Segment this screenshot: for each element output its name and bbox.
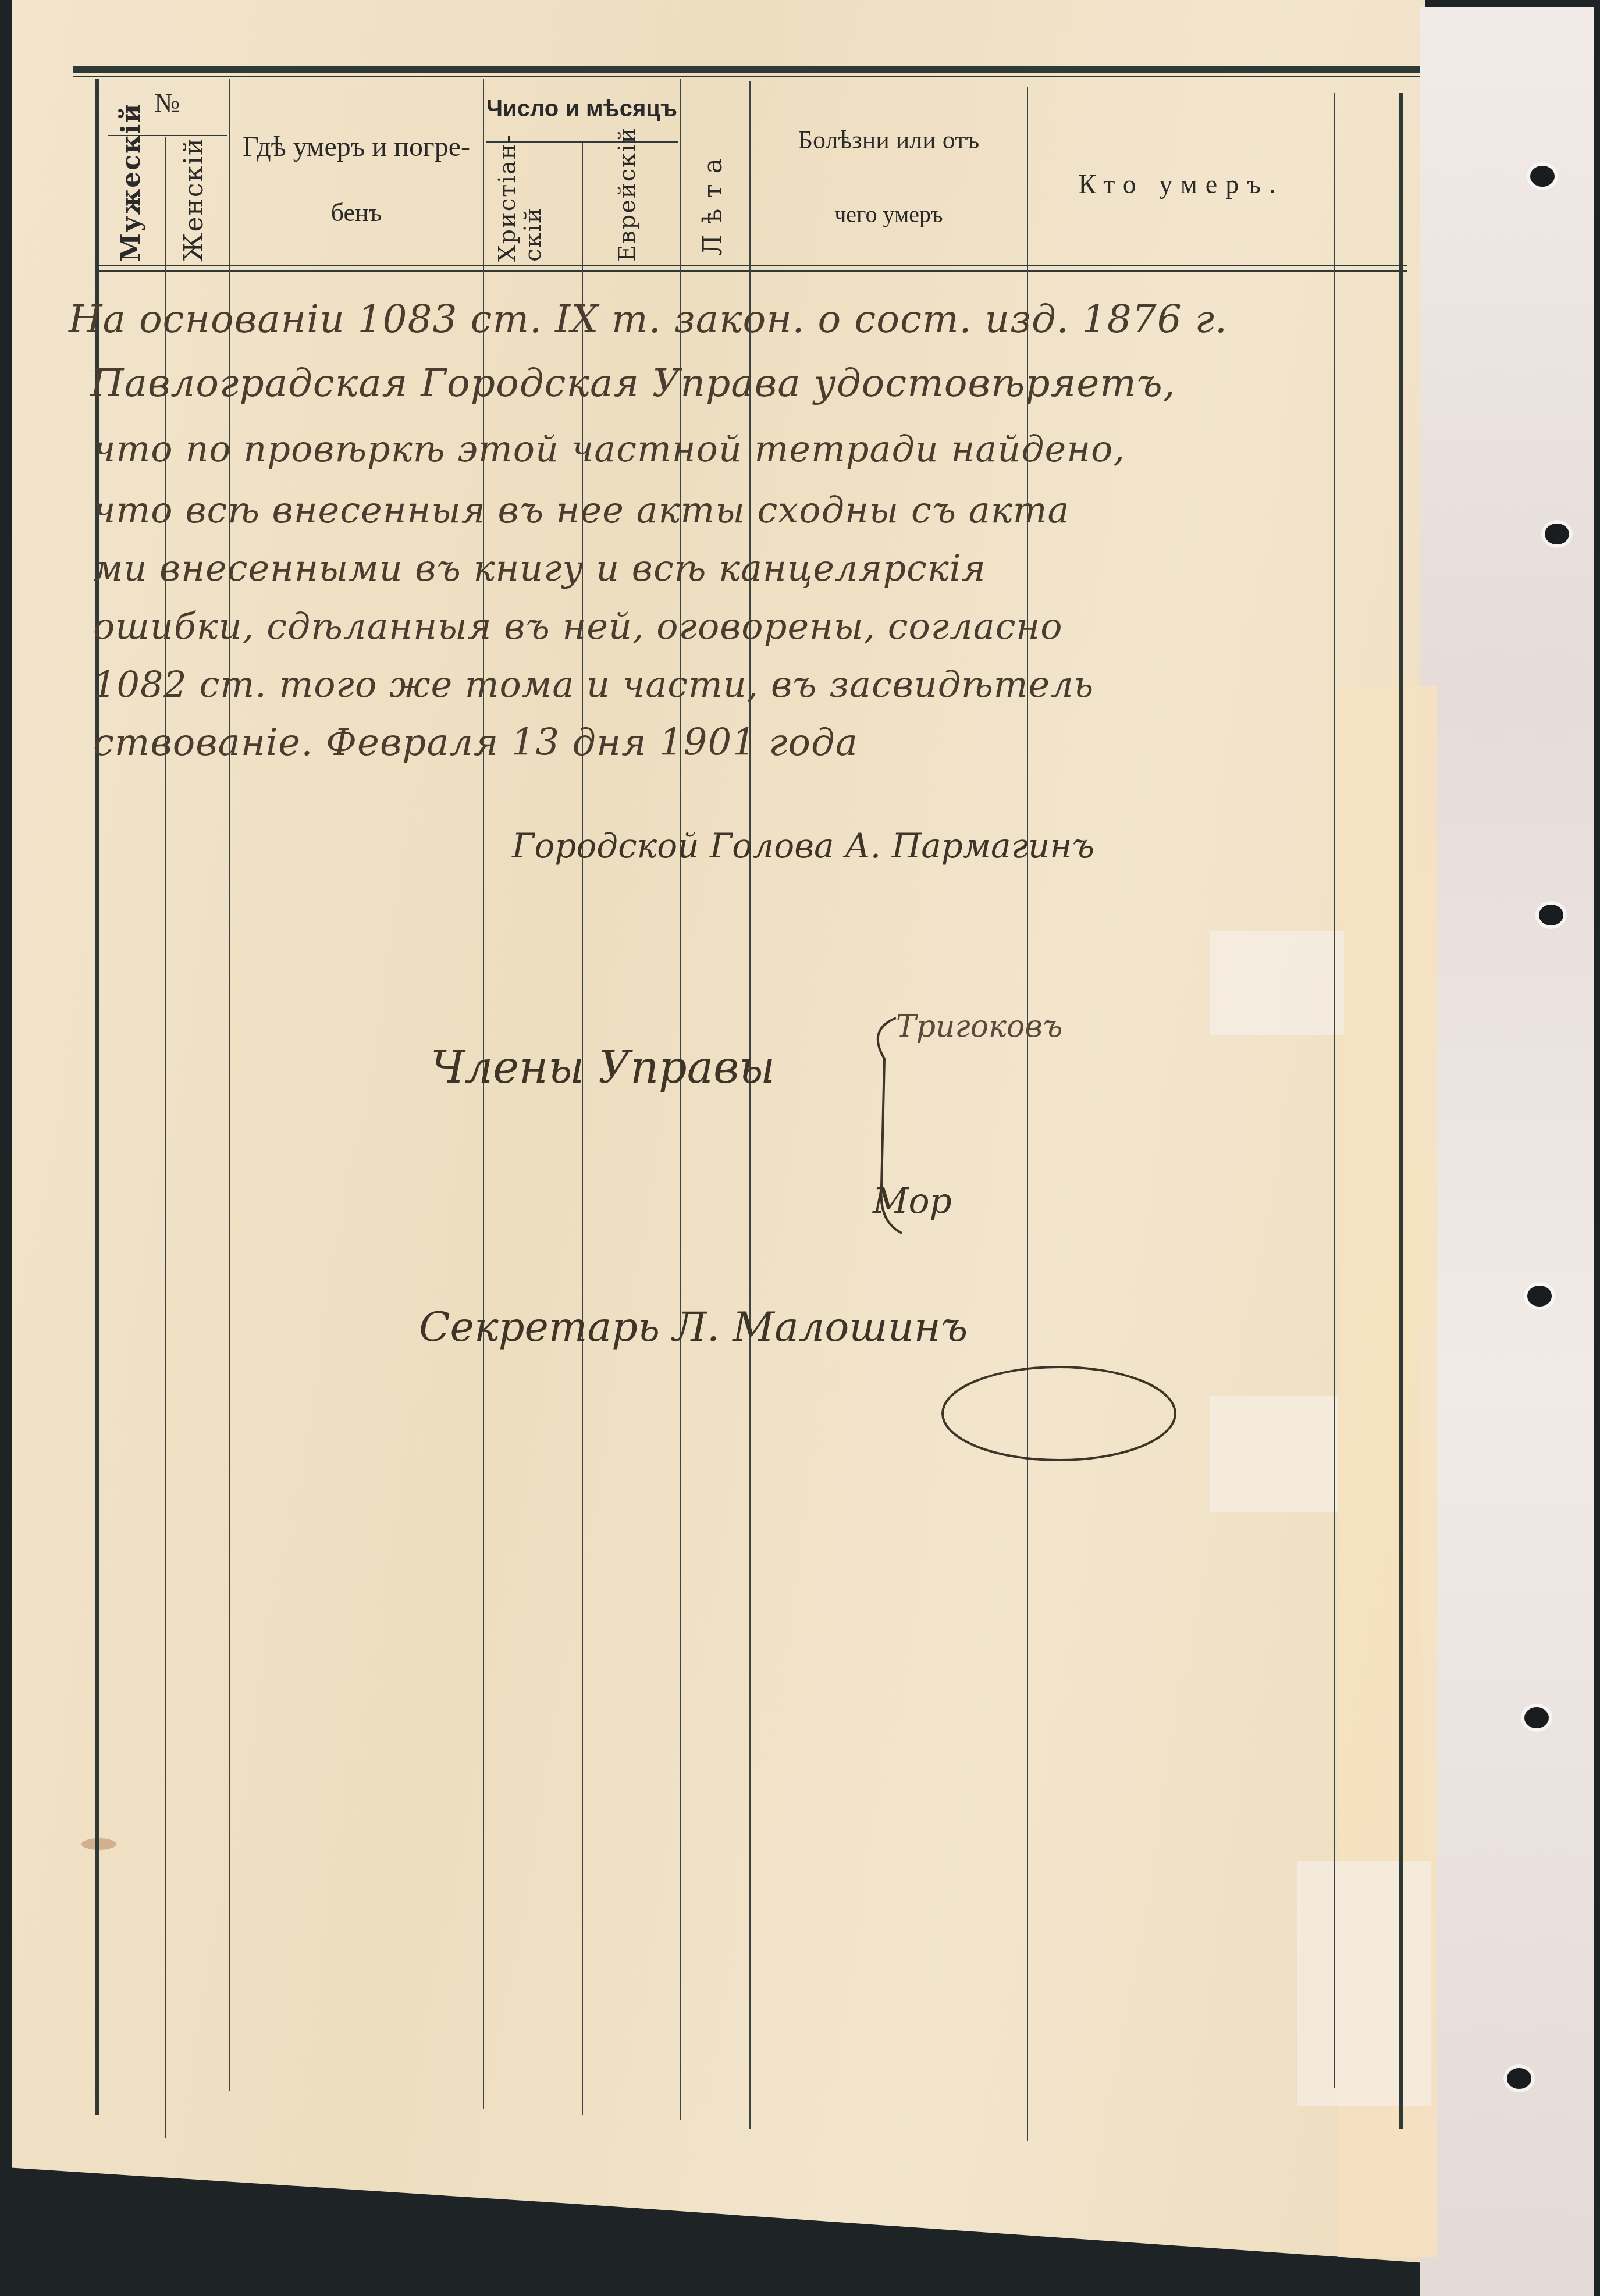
punch-hole xyxy=(1530,166,1555,187)
header-age: Лѣта xyxy=(698,151,728,256)
cert-line-4: что всѣ внесенныя въ нее акты сходны съ … xyxy=(93,489,1069,531)
punch-hole xyxy=(1524,1707,1549,1728)
signature-secretary: Секретарь Л. Малошинъ xyxy=(419,1303,968,1351)
header-jewish: Еврейскій xyxy=(614,148,641,262)
label-members: Члены Управы xyxy=(431,1041,775,1093)
repair-tape-patch xyxy=(1210,931,1344,1035)
top-thick-rule xyxy=(73,66,1420,73)
signature-member-1: Тригоковъ xyxy=(896,1009,1062,1044)
col-divider-inner-right xyxy=(1334,93,1335,2088)
top-thin-rule xyxy=(73,76,1420,77)
ink-stain xyxy=(81,1838,116,1850)
header-male: Мужескій xyxy=(116,145,146,262)
header-cause-1: Болѣзни или отъ xyxy=(753,125,1024,155)
header-bottom-rule-2 xyxy=(98,270,1407,272)
right-border xyxy=(1399,93,1403,2129)
secretary-flourish xyxy=(931,1355,1187,1472)
header-date: Число и мѣсяцъ xyxy=(486,96,678,122)
header-who-died: Кто умеръ. xyxy=(1030,169,1332,200)
cert-line-5: ми внесенными въ книгу и всѣ канцелярскі… xyxy=(93,547,986,589)
cert-line-3: что по провѣркѣ этой частной тетради най… xyxy=(93,428,1125,470)
members-brace xyxy=(861,1012,908,1245)
punch-hole xyxy=(1507,2068,1531,2089)
repair-tape-patch xyxy=(1297,1861,1431,2106)
repair-tape-patch xyxy=(1210,1396,1338,1512)
header-where-died-1: Гдѣ умеръ и погре- xyxy=(233,131,480,163)
cert-line-1: На основаніи 1083 ст. IX т. закон. о сос… xyxy=(69,297,1228,341)
binding-strip xyxy=(1420,7,1594,2296)
header-christian: Христіан-скій xyxy=(495,148,559,262)
cert-line-6: ошибки, сдѣланныя въ ней, оговорены, сог… xyxy=(93,605,1063,647)
header-bottom-rule xyxy=(98,265,1407,266)
cert-line-7: 1082 ст. того же тома и части, въ засвид… xyxy=(93,663,1094,706)
header-female: Женскій xyxy=(179,145,209,262)
cert-line-8-date: ствованіе. Февраля 13 дня 1901 года xyxy=(93,721,858,764)
cert-line-2: Павлоградская Городская Управа удостовѣр… xyxy=(90,361,1176,405)
punch-hole xyxy=(1527,1286,1552,1307)
punch-hole xyxy=(1545,524,1569,544)
header-cause-2: чего умеръ xyxy=(753,201,1024,228)
signature-mayor: Городской Голова А. Пармагинъ xyxy=(512,826,1094,866)
punch-hole xyxy=(1539,905,1563,925)
header-where-died-2: бенъ xyxy=(233,198,480,227)
